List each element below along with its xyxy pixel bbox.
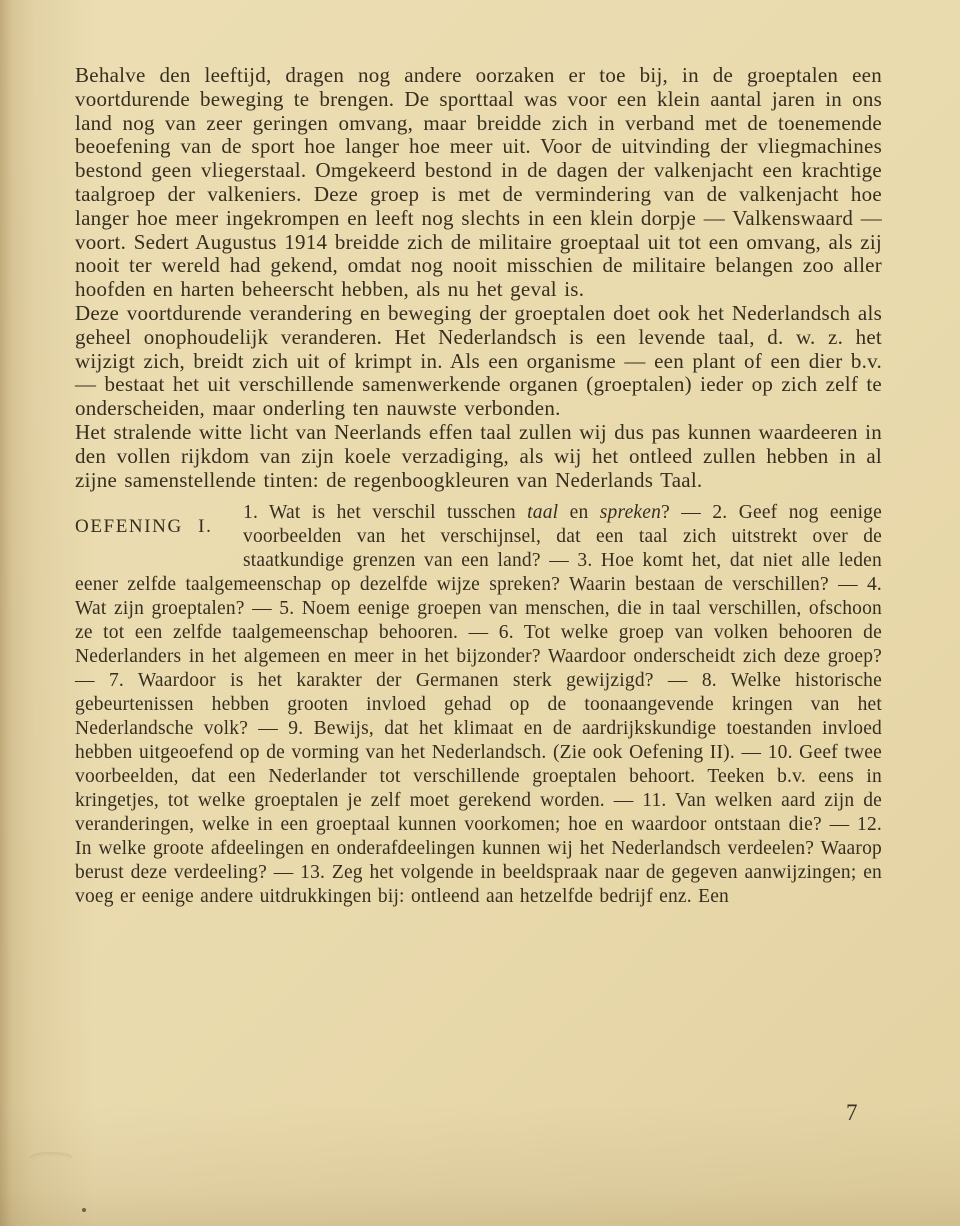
paragraph-group-languages: Behalve den leeftijd, dragen nog andere … [75,64,882,302]
book-page: Behalve den leeftijd, dragen nog andere … [0,0,960,1226]
exercise-questions: 1. Wat is het verschil tusschen taal en … [75,502,882,907]
paragraph-rainbow-colors: Het stralende witte licht van Neerlands … [75,421,882,492]
paper-speck [82,1208,86,1212]
page-number: 7 [846,1100,858,1126]
paper-crease [30,1152,72,1162]
text-block: Behalve den leeftijd, dragen nog andere … [75,64,882,909]
paragraph-language-change: Deze voortdurende verandering en bewegin… [75,302,882,421]
exercise-label: OEFENING I. [75,501,243,551]
exercise-block: OEFENING I. 1. Wat is het verschil tussc… [75,501,882,909]
